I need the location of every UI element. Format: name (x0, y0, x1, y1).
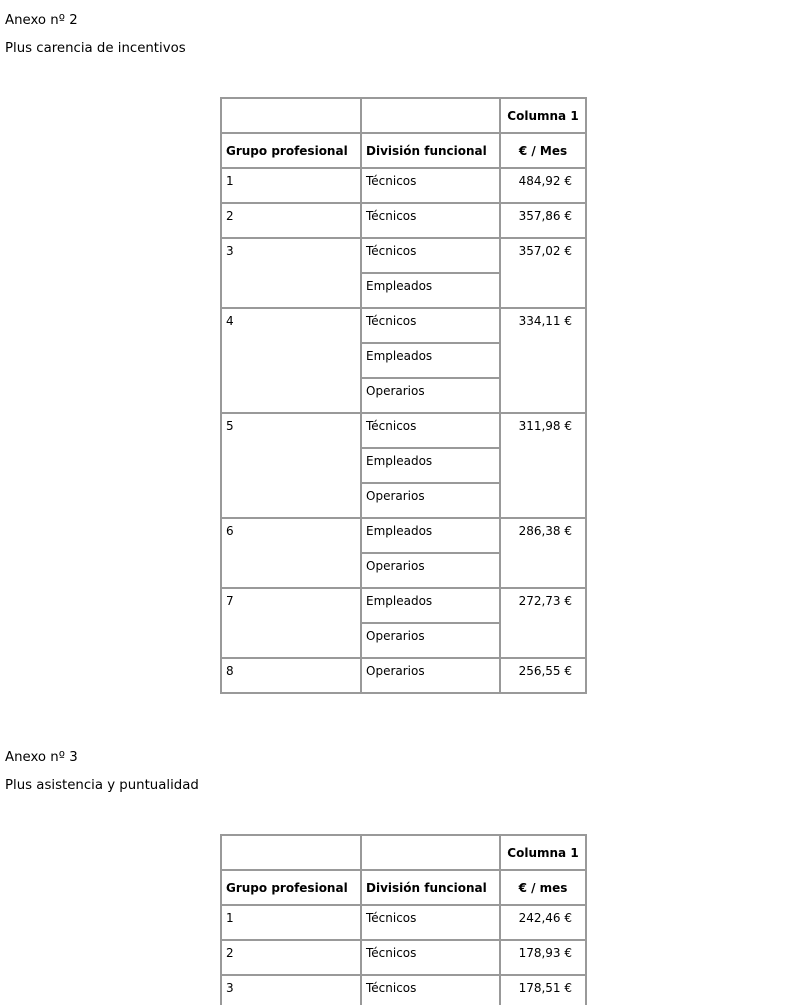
importe-cell: 178,93 € (500, 940, 586, 975)
header-row-2: Grupo profesional División funcional € /… (221, 870, 586, 905)
importe-cell: 311,98 € (500, 413, 586, 518)
table-row: 4Técnicos334,11 € (221, 308, 586, 343)
annex3-table: Columna 1 Grupo profesional División fun… (220, 834, 587, 1005)
table-row: 5Técnicos311,98 € (221, 413, 586, 448)
annex3-title: Anexo nº 3 (5, 750, 78, 766)
importe-cell: 286,38 € (500, 518, 586, 588)
header-cell (221, 98, 361, 133)
division-cell: Técnicos (361, 940, 500, 975)
importe-cell: 242,46 € (500, 905, 586, 940)
division-cell: Operarios (361, 658, 500, 693)
importe-cell: 178,51 € (500, 975, 586, 1005)
division-cell: Técnicos (361, 203, 500, 238)
grupo-cell: 1 (221, 168, 361, 203)
annex2-title: Anexo nº 2 (5, 13, 78, 29)
table-row: 2Técnicos178,93 € (221, 940, 586, 975)
grupo-cell: 7 (221, 588, 361, 658)
table-row: 1Técnicos484,92 € (221, 168, 586, 203)
header-division: División funcional (361, 133, 500, 168)
annex3-table-body: Columna 1 Grupo profesional División fun… (221, 835, 586, 1005)
importe-cell: 256,55 € (500, 658, 586, 693)
grupo-cell: 8 (221, 658, 361, 693)
table-row: 3Técnicos357,02 € (221, 238, 586, 273)
header-division: División funcional (361, 870, 500, 905)
division-cell: Técnicos (361, 168, 500, 203)
division-cell: Operarios (361, 483, 500, 518)
grupo-cell: 6 (221, 518, 361, 588)
annex2-subtitle: Plus carencia de incentivos (5, 41, 186, 57)
table-row: 3Técnicos178,51 € (221, 975, 586, 1005)
header-cell: Columna 1 (500, 98, 586, 133)
division-cell: Operarios (361, 378, 500, 413)
header-cell: Columna 1 (500, 835, 586, 870)
annex2-table-body: Columna 1 Grupo profesional División fun… (221, 98, 586, 693)
header-grupo: Grupo profesional (221, 133, 361, 168)
division-cell: Empleados (361, 588, 500, 623)
header-importe: € / mes (500, 870, 586, 905)
header-row-2: Grupo profesional División funcional € /… (221, 133, 586, 168)
importe-cell: 484,92 € (500, 168, 586, 203)
header-importe: € / Mes (500, 133, 586, 168)
header-grupo: Grupo profesional (221, 870, 361, 905)
table-row: 7Empleados272,73 € (221, 588, 586, 623)
division-cell: Técnicos (361, 975, 500, 1005)
header-cell (221, 835, 361, 870)
division-cell: Operarios (361, 553, 500, 588)
grupo-cell: 3 (221, 238, 361, 308)
table-row: 1Técnicos242,46 € (221, 905, 586, 940)
header-row-1: Columna 1 (221, 835, 586, 870)
division-cell: Empleados (361, 273, 500, 308)
table-row: 2Técnicos357,86 € (221, 203, 586, 238)
division-cell: Técnicos (361, 238, 500, 273)
division-cell: Empleados (361, 448, 500, 483)
annex3-subtitle: Plus asistencia y puntualidad (5, 778, 199, 794)
importe-cell: 272,73 € (500, 588, 586, 658)
annex2-table: Columna 1 Grupo profesional División fun… (220, 97, 587, 694)
header-row-1: Columna 1 (221, 98, 586, 133)
grupo-cell: 1 (221, 905, 361, 940)
grupo-cell: 2 (221, 203, 361, 238)
division-cell: Técnicos (361, 905, 500, 940)
importe-cell: 357,02 € (500, 238, 586, 308)
division-cell: Empleados (361, 518, 500, 553)
table-row: 8Operarios256,55 € (221, 658, 586, 693)
grupo-cell: 5 (221, 413, 361, 518)
header-cell (361, 98, 500, 133)
division-cell: Operarios (361, 623, 500, 658)
importe-cell: 334,11 € (500, 308, 586, 413)
importe-cell: 357,86 € (500, 203, 586, 238)
grupo-cell: 2 (221, 940, 361, 975)
division-cell: Empleados (361, 343, 500, 378)
header-cell (361, 835, 500, 870)
division-cell: Técnicos (361, 308, 500, 343)
table-row: 6Empleados286,38 € (221, 518, 586, 553)
grupo-cell: 3 (221, 975, 361, 1005)
grupo-cell: 4 (221, 308, 361, 413)
division-cell: Técnicos (361, 413, 500, 448)
